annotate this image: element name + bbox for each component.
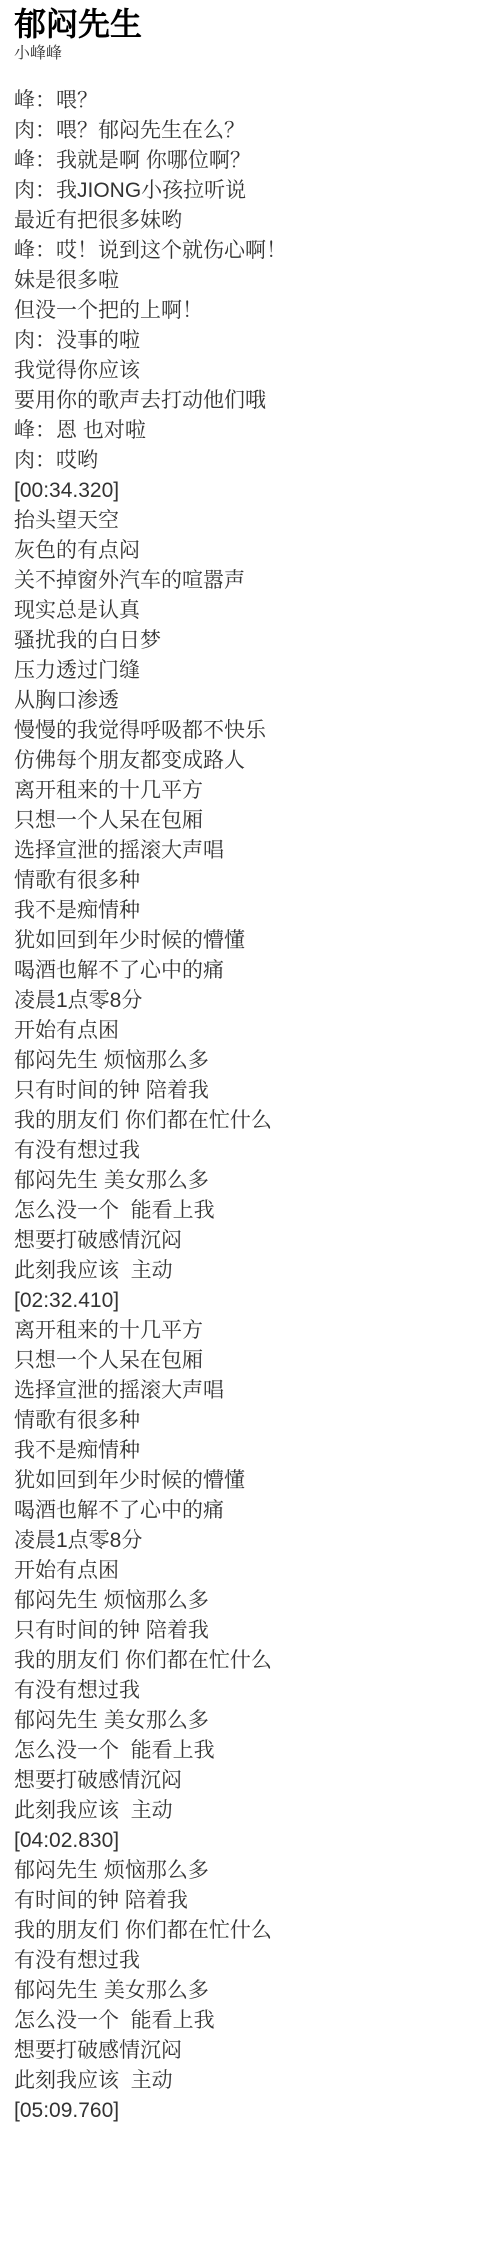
song-title: 郁闷先生 (14, 4, 484, 44)
lyric-line: 此刻我应该 主动 (14, 2066, 484, 2096)
lyric-line: 肉：我JIONG小孩拉听说 (14, 176, 484, 206)
lyric-line: 想要打破感情沉闷 (14, 1226, 484, 1256)
lyric-line: 只有时间的钟 陪着我 (14, 1616, 484, 1646)
lyric-line: 此刻我应该 主动 (14, 1796, 484, 1826)
lyric-line: 要用你的歌声去打动他们哦 (14, 386, 484, 416)
timestamp-line: [00:34.320] (14, 476, 484, 506)
lyric-line: 关不掉窗外汽车的喧嚣声 (14, 566, 484, 596)
lyric-line: 峰：哎！说到这个就伤心啊！ (14, 236, 484, 266)
timestamp-line: [05:09.760] (14, 2096, 484, 2126)
lyric-line: 只想一个人呆在包厢 (14, 806, 484, 836)
lyric-line: 我不是痴情种 (14, 1436, 484, 1466)
artist-name: 小峰峰 (14, 44, 484, 64)
lyric-line: 犹如回到年少时候的懵懂 (14, 1466, 484, 1496)
lyric-line: 离开租来的十几平方 (14, 1316, 484, 1346)
lyric-line: 从胸口渗透 (14, 686, 484, 716)
lyric-line: 我的朋友们 你们都在忙什么 (14, 1916, 484, 1946)
lyric-line: 怎么没一个 能看上我 (14, 2006, 484, 2036)
lyric-line: 妹是很多啦 (14, 266, 484, 296)
timestamp-line: [02:32.410] (14, 1286, 484, 1316)
lyric-line: 骚扰我的白日梦 (14, 626, 484, 656)
lyric-line: 喝酒也解不了心中的痛 (14, 956, 484, 986)
lyric-line: 我的朋友们 你们都在忙什么 (14, 1646, 484, 1676)
lyric-line: 郁闷先生 美女那么多 (14, 1976, 484, 2006)
lyric-line: 但没一个把的上啊！ (14, 296, 484, 326)
lyric-line: 情歌有很多种 (14, 866, 484, 896)
lyric-line: 郁闷先生 烦恼那么多 (14, 1856, 484, 1886)
timestamp-line: [04:02.830] (14, 1826, 484, 1856)
lyric-line: 峰：喂？ (14, 86, 484, 116)
lyric-line: 郁闷先生 美女那么多 (14, 1166, 484, 1196)
lyric-line: 郁闷先生 烦恼那么多 (14, 1046, 484, 1076)
lyric-line: 郁闷先生 烦恼那么多 (14, 1586, 484, 1616)
lyric-line: 峰：恩 也对啦 (14, 416, 484, 446)
lyric-line: 开始有点困 (14, 1556, 484, 1586)
lyric-line: 此刻我应该 主动 (14, 1256, 484, 1286)
lyric-line: 郁闷先生 美女那么多 (14, 1706, 484, 1736)
lyric-line: 灰色的有点闷 (14, 536, 484, 566)
lyric-line: 肉：哎哟 (14, 446, 484, 476)
lyric-line: 我不是痴情种 (14, 896, 484, 926)
lyric-line: 想要打破感情沉闷 (14, 2036, 484, 2066)
lyric-line: 想要打破感情沉闷 (14, 1766, 484, 1796)
lyric-line: 情歌有很多种 (14, 1406, 484, 1436)
lyric-line: 怎么没一个 能看上我 (14, 1196, 484, 1226)
lyric-line: 肉：没事的啦 (14, 326, 484, 356)
lyric-line: 只有时间的钟 陪着我 (14, 1076, 484, 1106)
lyric-line: 抬头望天空 (14, 506, 484, 536)
lyric-line: 犹如回到年少时候的懵懂 (14, 926, 484, 956)
lyric-line: 肉：喂？郁闷先生在么？ (14, 116, 484, 146)
lyric-line: 仿佛每个朋友都变成路人 (14, 746, 484, 776)
lyric-line: 慢慢的我觉得呼吸都不快乐 (14, 716, 484, 746)
lyrics-page: 郁闷先生 小峰峰 峰：喂？肉：喂？郁闷先生在么？峰：我就是啊 你哪位啊？肉：我J… (0, 0, 500, 2126)
lyric-line: 有没有想过我 (14, 1946, 484, 1976)
lyric-line: 现实总是认真 (14, 596, 484, 626)
lyric-line: 离开租来的十几平方 (14, 776, 484, 806)
lyric-line: 有时间的钟 陪着我 (14, 1886, 484, 1916)
lyric-line: 我的朋友们 你们都在忙什么 (14, 1106, 484, 1136)
lyric-line: 只想一个人呆在包厢 (14, 1346, 484, 1376)
lyric-line: 怎么没一个 能看上我 (14, 1736, 484, 1766)
lyric-line: 选择宣泄的摇滚大声唱 (14, 1376, 484, 1406)
lyric-line: 选择宣泄的摇滚大声唱 (14, 836, 484, 866)
lyric-line: 凌晨1点零8分 (14, 1526, 484, 1556)
lyric-line: 喝酒也解不了心中的痛 (14, 1496, 484, 1526)
lyric-line: 峰：我就是啊 你哪位啊？ (14, 146, 484, 176)
lyric-line: 有没有想过我 (14, 1136, 484, 1166)
lyric-line: 凌晨1点零8分 (14, 986, 484, 1016)
lyric-line: 压力透过门缝 (14, 656, 484, 686)
lyric-line: 我觉得你应该 (14, 356, 484, 386)
lyrics-list: 峰：喂？肉：喂？郁闷先生在么？峰：我就是啊 你哪位啊？肉：我JIONG小孩拉听说… (14, 86, 484, 2126)
lyric-line: 最近有把很多妹哟 (14, 206, 484, 236)
lyric-line: 开始有点困 (14, 1016, 484, 1046)
lyric-line: 有没有想过我 (14, 1676, 484, 1706)
